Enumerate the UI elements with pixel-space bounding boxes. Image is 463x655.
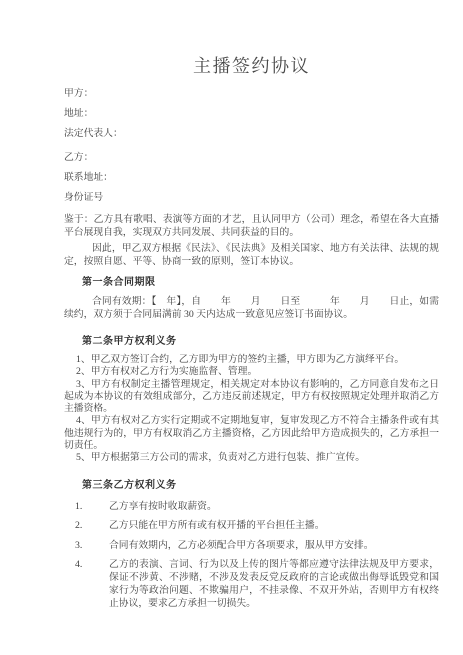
preamble-block: 鉴于：乙方具有歌唱、表演等方面的才艺，且认同甲方（公司）理念，希望在各大直播平台… xyxy=(64,213,439,268)
section-3-item: 1. 乙方享有按时收取薪资。 xyxy=(64,500,439,513)
item-text: 乙方只能在甲方所有或有权开播的平台担任主播。 xyxy=(109,519,439,532)
section-1-heading: 第一条合同期限 xyxy=(82,277,439,288)
preamble-therefore: 因此，甲乙双方根据《民法》、《民法典》及相关国家、地方有关法律、法规的规定，按照… xyxy=(64,242,439,268)
item-number: 2. xyxy=(64,519,109,532)
party-a-label: 甲方： xyxy=(64,89,439,99)
section-3-items: 1. 乙方享有按时收取薪资。 2. 乙方只能在甲方所有或有权开播的平台担任主播。… xyxy=(64,500,439,611)
item-number: 3. xyxy=(64,539,109,552)
section-3-item: 4. 乙方的表演、言词、行为以及上传的图片等都应遵守法律法规及甲方要求，保证不涉… xyxy=(64,558,439,610)
document-title: 主播签约协议 xyxy=(64,55,439,77)
section-2-item: 1、甲乙双方签订合约，乙方即为甲方的签约主播，甲方即为乙方演绎平台。 xyxy=(64,354,439,366)
item-number: 4. xyxy=(64,558,109,610)
section-3-item: 3. 合同有效期内，乙方必须配合甲方各项要求，服从甲方安排。 xyxy=(64,539,439,552)
section-2-item: 3、甲方有权制定主播管理规定，相关规定对本协议有影响的，乙方同意自发布之日起成为… xyxy=(64,379,439,416)
section-2-item: 2、甲方有权对乙方行为实施监督、管理。 xyxy=(64,366,439,378)
party-a-address-label: 地址： xyxy=(64,109,439,119)
party-b-address-label: 联系地址： xyxy=(64,173,439,183)
party-b-block: 乙方： 联系地址： 身份证号 xyxy=(64,153,439,203)
section-2-items: 1、甲乙双方签订合约，乙方即为甲方的签约主播，甲方即为乙方演绎平台。 2、甲方有… xyxy=(64,354,439,465)
section-3-item: 2. 乙方只能在甲方所有或有权开播的平台担任主播。 xyxy=(64,519,439,532)
contract-page: 主播签约协议 甲方： 地址： 法定代表人： 乙方： 联系地址： 身份证号 鉴于：… xyxy=(0,0,463,655)
party-b-id-label: 身份证号 xyxy=(64,193,439,203)
item-text: 合同有效期内，乙方必须配合甲方各项要求，服从甲方安排。 xyxy=(109,539,439,552)
section-2-heading: 第二条甲方权利义务 xyxy=(82,336,439,347)
item-number: 1. xyxy=(64,500,109,513)
section-2-item: 4、甲方有权对乙方实行定期或不定期地复审，复审发现乙方不符合主播条件或有其他违规… xyxy=(64,415,439,452)
party-b-label: 乙方： xyxy=(64,153,439,163)
party-a-block: 甲方： 地址： 法定代表人： xyxy=(64,89,439,139)
item-text: 乙方享有按时收取薪资。 xyxy=(109,500,439,513)
item-text: 乙方的表演、言词、行为以及上传的图片等都应遵守法律法规及甲方要求，保证不涉黄、不… xyxy=(109,558,439,610)
party-a-legal-rep-label: 法定代表人： xyxy=(64,129,439,139)
section-3-heading: 第三条乙方权利义务 xyxy=(82,480,439,491)
section-1-paragraph: 合同有效期：【 年】，自 年 月 日至 年 月 日止，如需续约，双方须于合同届满… xyxy=(64,295,439,321)
section-2-item: 5、甲方根据第三方公司的需求，负责对乙方进行包装、推广宣传。 xyxy=(64,452,439,464)
preamble-whereas: 鉴于：乙方具有歌唱、表演等方面的才艺，且认同甲方（公司）理念，希望在各大直播平台… xyxy=(64,213,439,239)
